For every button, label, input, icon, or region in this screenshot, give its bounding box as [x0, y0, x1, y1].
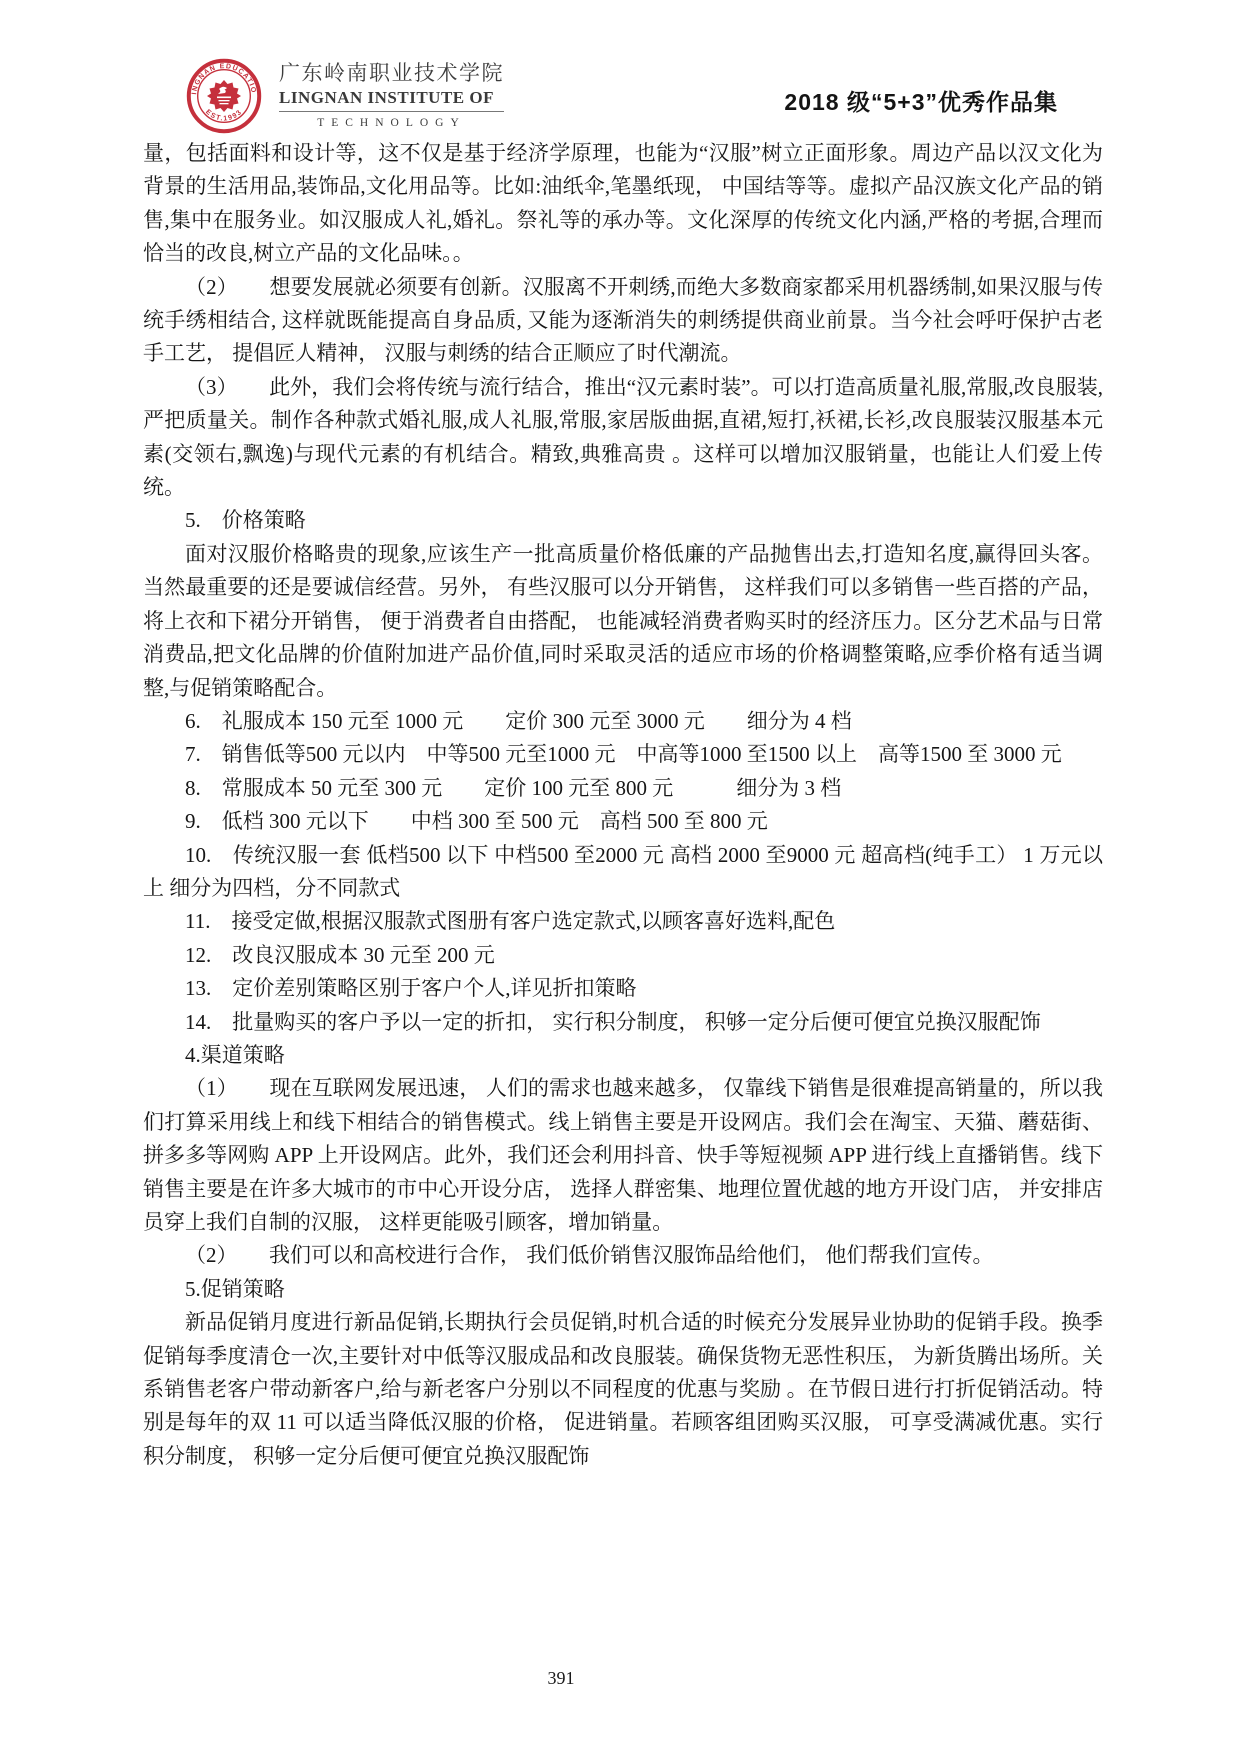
- paragraph: （1） 现在互联网发展迅速， 人们的需求也越来越多， 仅靠线下销售是很难提高销量…: [143, 1072, 1103, 1239]
- paragraph: 5.促销策略: [143, 1273, 1103, 1306]
- document-body: 量，包括面料和设计等，这不仅是基于经济学原理，也能为“汉服”树立正面形象。周边产…: [143, 137, 1103, 1473]
- paragraph: 9. 低档 300 元以下 中档 300 至 500 元 高档 500 至 80…: [143, 805, 1103, 838]
- document-page: LINGNAN EDUCATION EST.1993 广东岭南职业技术学院 LI…: [0, 0, 1240, 1753]
- paragraph: 4.渠道策略: [143, 1039, 1103, 1072]
- collection-title: 2018 级“5+3”优秀作品集: [784, 84, 1058, 117]
- paragraph: 6. 礼服成本 150 元至 1000 元 定价 300 元至 3000 元 细…: [143, 705, 1103, 738]
- paragraph: 12. 改良汉服成本 30 元至 200 元: [143, 939, 1103, 972]
- paragraph: 10. 传统汉服一套 低档500 以下 中档500 至2000 元 高档 200…: [143, 839, 1103, 906]
- paragraph: 7. 销售低等500 元以内 中等500 元至1000 元 中高等1000 至1…: [143, 738, 1103, 771]
- institute-name-block: 广东岭南职业技术学院 LINGNAN INSTITUTE OF TECHNOLO…: [279, 61, 504, 131]
- institute-logo: LINGNAN EDUCATION EST.1993 广东岭南职业技术学院 LI…: [186, 58, 504, 134]
- institute-name-cn: 广东岭南职业技术学院: [279, 61, 504, 87]
- paragraph: 8. 常服成本 50 元至 300 元 定价 100 元至 800 元 细分为 …: [143, 772, 1103, 805]
- paragraph: 新品促销月度进行新品促销,长期执行会员促销,时机合适的时候充分发展异业协助的促销…: [143, 1306, 1103, 1473]
- paragraph: 面对汉服价格略贵的现象,应该生产一批高质量价格低廉的产品抛售出去,打造知名度,赢…: [143, 538, 1103, 705]
- paragraph: 13. 定价差别策略区别于客户个人,详见折扣策略: [143, 972, 1103, 1005]
- institute-name-en-line2: TECHNOLOGY: [279, 112, 504, 131]
- paragraph: 量，包括面料和设计等，这不仅是基于经济学原理，也能为“汉服”树立正面形象。周边产…: [143, 137, 1103, 271]
- paragraph: 11. 接受定做,根据汉服款式图册有客户选定款式,以顾客喜好选料,配色: [143, 905, 1103, 938]
- institute-name-en-line1: LINGNAN INSTITUTE OF: [279, 87, 504, 112]
- page-number: 391: [0, 1668, 1122, 1689]
- paragraph: （3） 此外，我们会将传统与流行结合，推出“汉元素时装”。可以打造高质量礼服,常…: [143, 371, 1103, 505]
- paragraph: （2） 想要发展就必须要有创新。汉服离不开刺绣,而绝大多数商家都采用机器绣制,如…: [143, 271, 1103, 371]
- paragraph: （2） 我们可以和高校进行合作， 我们低价销售汉服饰品给他们， 他们帮我们宣传。: [143, 1239, 1103, 1272]
- paragraph: 14. 批量购买的客户予以一定的折扣， 实行积分制度， 积够一定分后便可便宜兑换…: [143, 1006, 1103, 1039]
- paragraph: 5. 价格策略: [143, 504, 1103, 537]
- page-header: LINGNAN EDUCATION EST.1993 广东岭南职业技术学院 LI…: [0, 0, 1240, 138]
- institute-seal-icon: LINGNAN EDUCATION EST.1993: [186, 58, 262, 134]
